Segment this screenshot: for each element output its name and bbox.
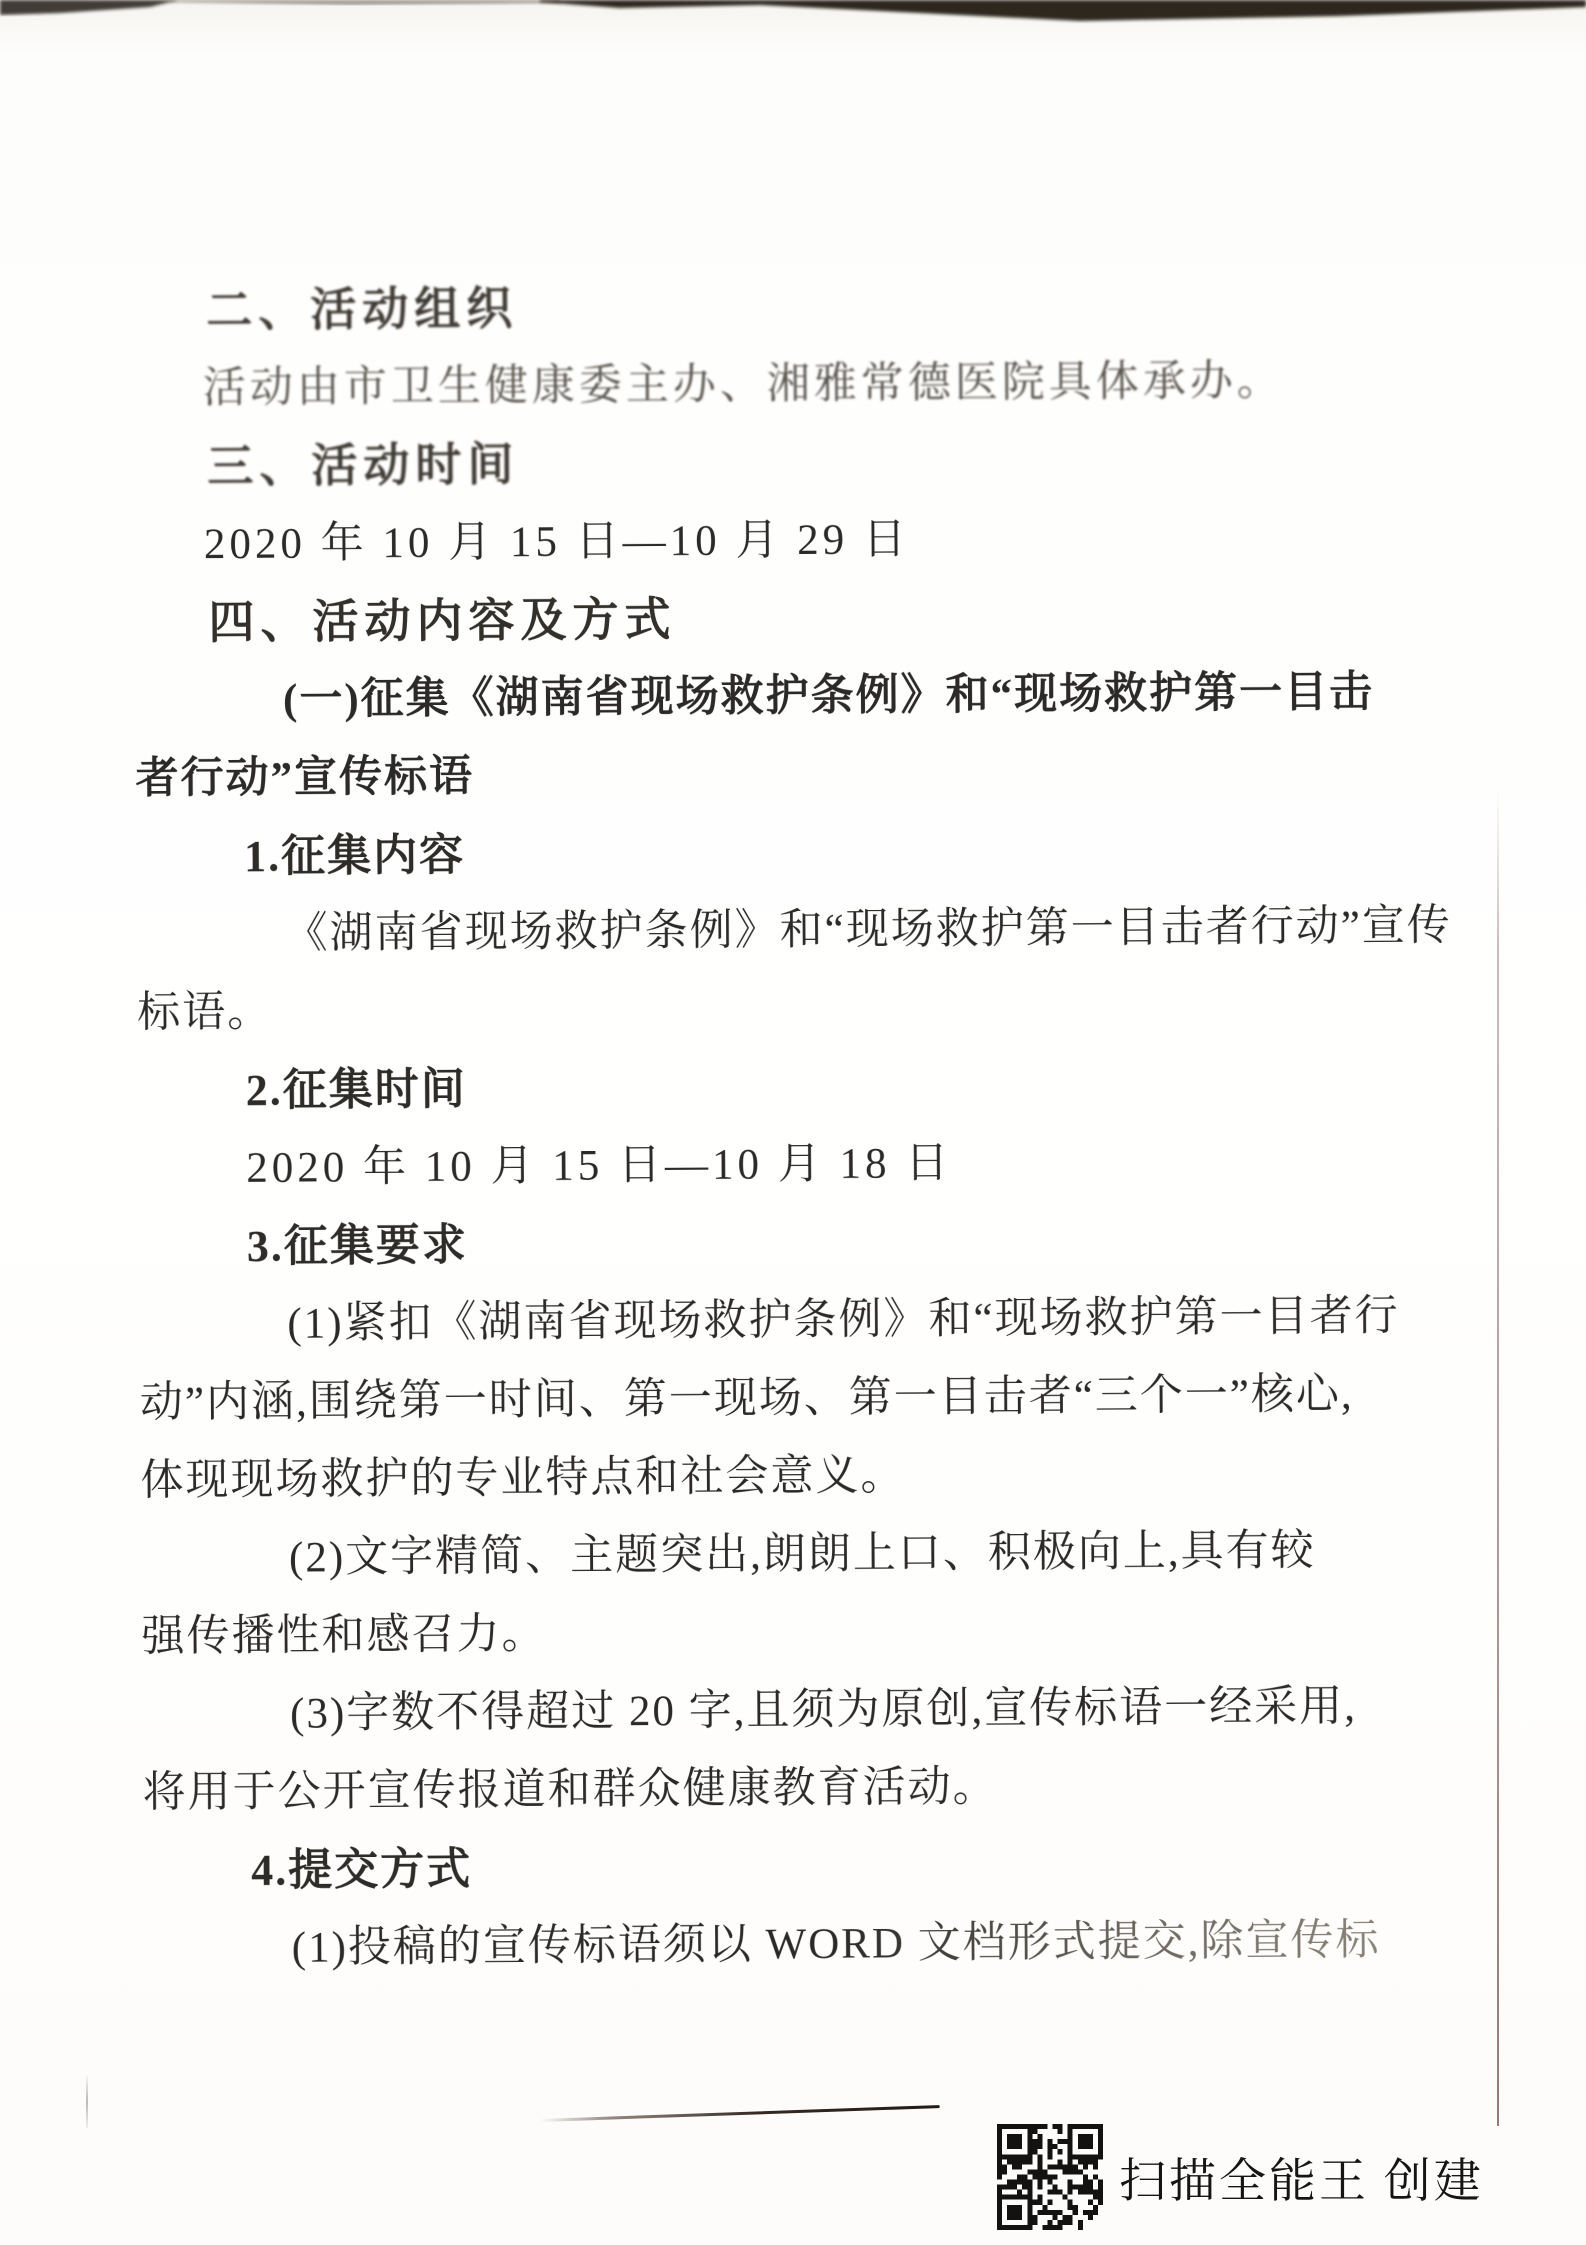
subsection-heading: 2.征集时间 [137,1043,1468,1130]
paragraph-line: (1)紧扣《湖南省现场救护条例》和“现场救护第一目者行 [139,1277,1470,1364]
scan-artifact-left-tick [86,2076,88,2128]
paragraph-line: (一)征集《湖南省现场救护条例》和“现场救护第一目击 [135,653,1466,740]
paragraph-line: 将用于公开宣传报道和群众健康教育活动。 [142,1745,1473,1832]
scanner-watermark: 扫描全能王 创建 [997,2122,1484,2232]
subsection-heading: 4.提交方式 [143,1823,1474,1910]
qr-code-icon [997,2124,1103,2230]
scan-artifact-top-edge [0,0,1586,30]
scanned-document-page: 二、活动组织活动由市卫生健康委主办、湘雅常德医院具体承办。三、活动时间2020 … [0,0,1586,2245]
paragraph-line: 《湖南省现场救护条例》和“现场救护第一目击者行动”宣传 [136,887,1467,974]
scan-artifact-bottom-edge [540,2105,940,2122]
paragraph-line: 标语。 [137,965,1468,1052]
scanner-watermark-label: 扫描全能王 创建 [1119,2144,1484,2211]
paragraph-line: 者行动”宣传标语 [135,731,1466,818]
paragraph-line: 强传播性和感召力。 [141,1589,1472,1676]
scan-artifact-right-edge [1497,788,1499,2126]
section-heading: 二、活动组织 [132,263,1463,350]
subsection-heading: 1.征集内容 [136,809,1467,896]
paragraph-line: 2020 年 10 月 15 日—10 月 18 日 [138,1121,1469,1208]
section-heading: 四、活动内容及方式 [134,575,1465,662]
subsection-heading: 3.征集要求 [139,1199,1470,1286]
paragraph-line: (3)字数不得超过 20 字,且须为原创,宣传标语一经采用, [142,1667,1473,1754]
text-block: 二、活动组织活动由市卫生健康委主办、湘雅常德医院具体承办。三、活动时间2020 … [132,263,1474,1988]
paragraph-line: 体现现场救护的专业特点和社会意义。 [140,1433,1471,1520]
paragraph-line: (2)文字精简、主题突出,朗朗上口、积极向上,具有较 [141,1511,1472,1598]
paragraph-line: (1)投稿的宣传标语须以 WORD 文档形式提交,除宣传标 [143,1901,1474,1988]
paragraph-line: 动”内涵,围绕第一时间、第一现场、第一目击者“三个一”核心, [140,1355,1471,1442]
paragraph-line: 2020 年 10 月 15 日—10 月 29 日 [134,497,1465,584]
section-heading: 三、活动时间 [133,419,1464,506]
paragraph-line: 活动由市卫生健康委主办、湘雅常德医院具体承办。 [133,341,1464,428]
